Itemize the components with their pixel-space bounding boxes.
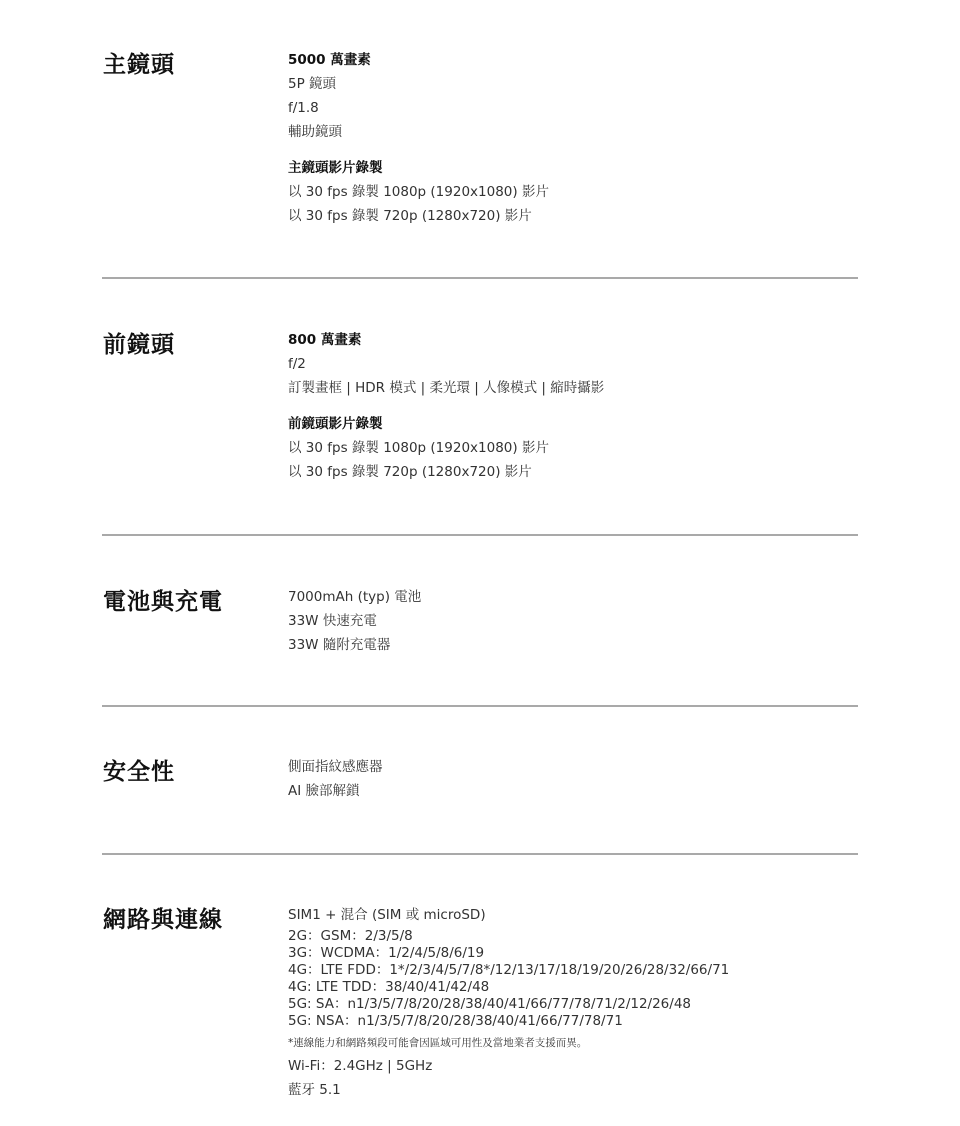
video-spec: 以 30 fps 錄製 720p (1280x720) 影片 bbox=[288, 460, 888, 484]
battery-specs: 7000mAh (typ) 電池 33W 快速充電 33W 隨附充電器 bbox=[288, 585, 888, 657]
divider bbox=[102, 853, 858, 855]
video-recording-title: 主鏡頭影片錄製 bbox=[288, 156, 888, 180]
main-camera-specs: 5000 萬畫素 5P 鏡頭 f/1.8 輔助鏡頭 主鏡頭影片錄製 以 30 f… bbox=[288, 48, 888, 228]
spec-aux-lens: 輔助鏡頭 bbox=[288, 120, 888, 144]
front-camera-specs: 800 萬畫素 f/2 訂製畫框 | HDR 模式 | 柔光環 | 人像模式 |… bbox=[288, 328, 888, 484]
band-5g-sa: 5G: SA：n1/3/5/7/8/20/28/38/40/41/66/77/7… bbox=[288, 996, 888, 1013]
security-specs: 側面指紋感應器 AI 臉部解鎖 bbox=[288, 755, 888, 803]
band-3g: 3G：WCDMA：1/2/4/5/8/6/19 bbox=[288, 945, 888, 962]
band-4g-tdd: 4G: LTE TDD：38/40/41/42/48 bbox=[288, 979, 888, 996]
network-specs: SIM1 + 混合 (SIM 或 microSD) 2G：GSM：2/3/5/8… bbox=[288, 903, 888, 1102]
video-spec: 以 30 fps 錄製 1080p (1920x1080) 影片 bbox=[288, 180, 888, 204]
spec-resolution: 5000 萬畫素 bbox=[288, 48, 888, 72]
network-footnote: *連線能力和網路頻段可能會因區域可用性及當地業者支援而異。 bbox=[288, 1034, 888, 1052]
spec-fast-charge: 33W 快速充電 bbox=[288, 609, 888, 633]
divider bbox=[102, 277, 858, 279]
section-title-front-camera: 前鏡頭 bbox=[103, 331, 175, 359]
band-5g-nsa: 5G: NSA：n1/3/5/7/8/20/28/38/40/41/66/77/… bbox=[288, 1013, 888, 1030]
network-bands: 2G：GSM：2/3/5/8 3G：WCDMA：1/2/4/5/8/6/19 4… bbox=[288, 928, 888, 1030]
spec-features: 訂製畫框 | HDR 模式 | 柔光環 | 人像模式 | 縮時攝影 bbox=[288, 376, 888, 400]
spec-fingerprint: 側面指紋感應器 bbox=[288, 755, 888, 779]
section-title-network: 網路與連線 bbox=[103, 906, 223, 934]
spec-aperture: f/2 bbox=[288, 352, 888, 376]
band-4g-fdd: 4G：LTE FDD：1*/2/3/4/5/7/8*/12/13/17/18/1… bbox=[288, 962, 888, 979]
video-spec: 以 30 fps 錄製 720p (1280x720) 影片 bbox=[288, 204, 888, 228]
divider bbox=[102, 705, 858, 707]
spec-battery-capacity: 7000mAh (typ) 電池 bbox=[288, 585, 888, 609]
spec-bluetooth: 藍牙 5.1 bbox=[288, 1078, 888, 1102]
section-title-battery: 電池與充電 bbox=[103, 588, 223, 616]
spec-sim: SIM1 + 混合 (SIM 或 microSD) bbox=[288, 903, 888, 927]
spec-face-unlock: AI 臉部解鎖 bbox=[288, 779, 888, 803]
spec-charger: 33W 隨附充電器 bbox=[288, 633, 888, 657]
spec-lens: 5P 鏡頭 bbox=[288, 72, 888, 96]
section-title-main-camera: 主鏡頭 bbox=[103, 51, 175, 79]
video-spec: 以 30 fps 錄製 1080p (1920x1080) 影片 bbox=[288, 436, 888, 460]
spec-wifi: Wi-Fi：2.4GHz | 5GHz bbox=[288, 1054, 888, 1078]
spec-resolution: 800 萬畫素 bbox=[288, 328, 888, 352]
section-title-security: 安全性 bbox=[103, 758, 175, 786]
divider bbox=[102, 534, 858, 536]
video-recording-title: 前鏡頭影片錄製 bbox=[288, 412, 888, 436]
spec-aperture: f/1.8 bbox=[288, 96, 888, 120]
band-2g: 2G：GSM：2/3/5/8 bbox=[288, 928, 888, 945]
